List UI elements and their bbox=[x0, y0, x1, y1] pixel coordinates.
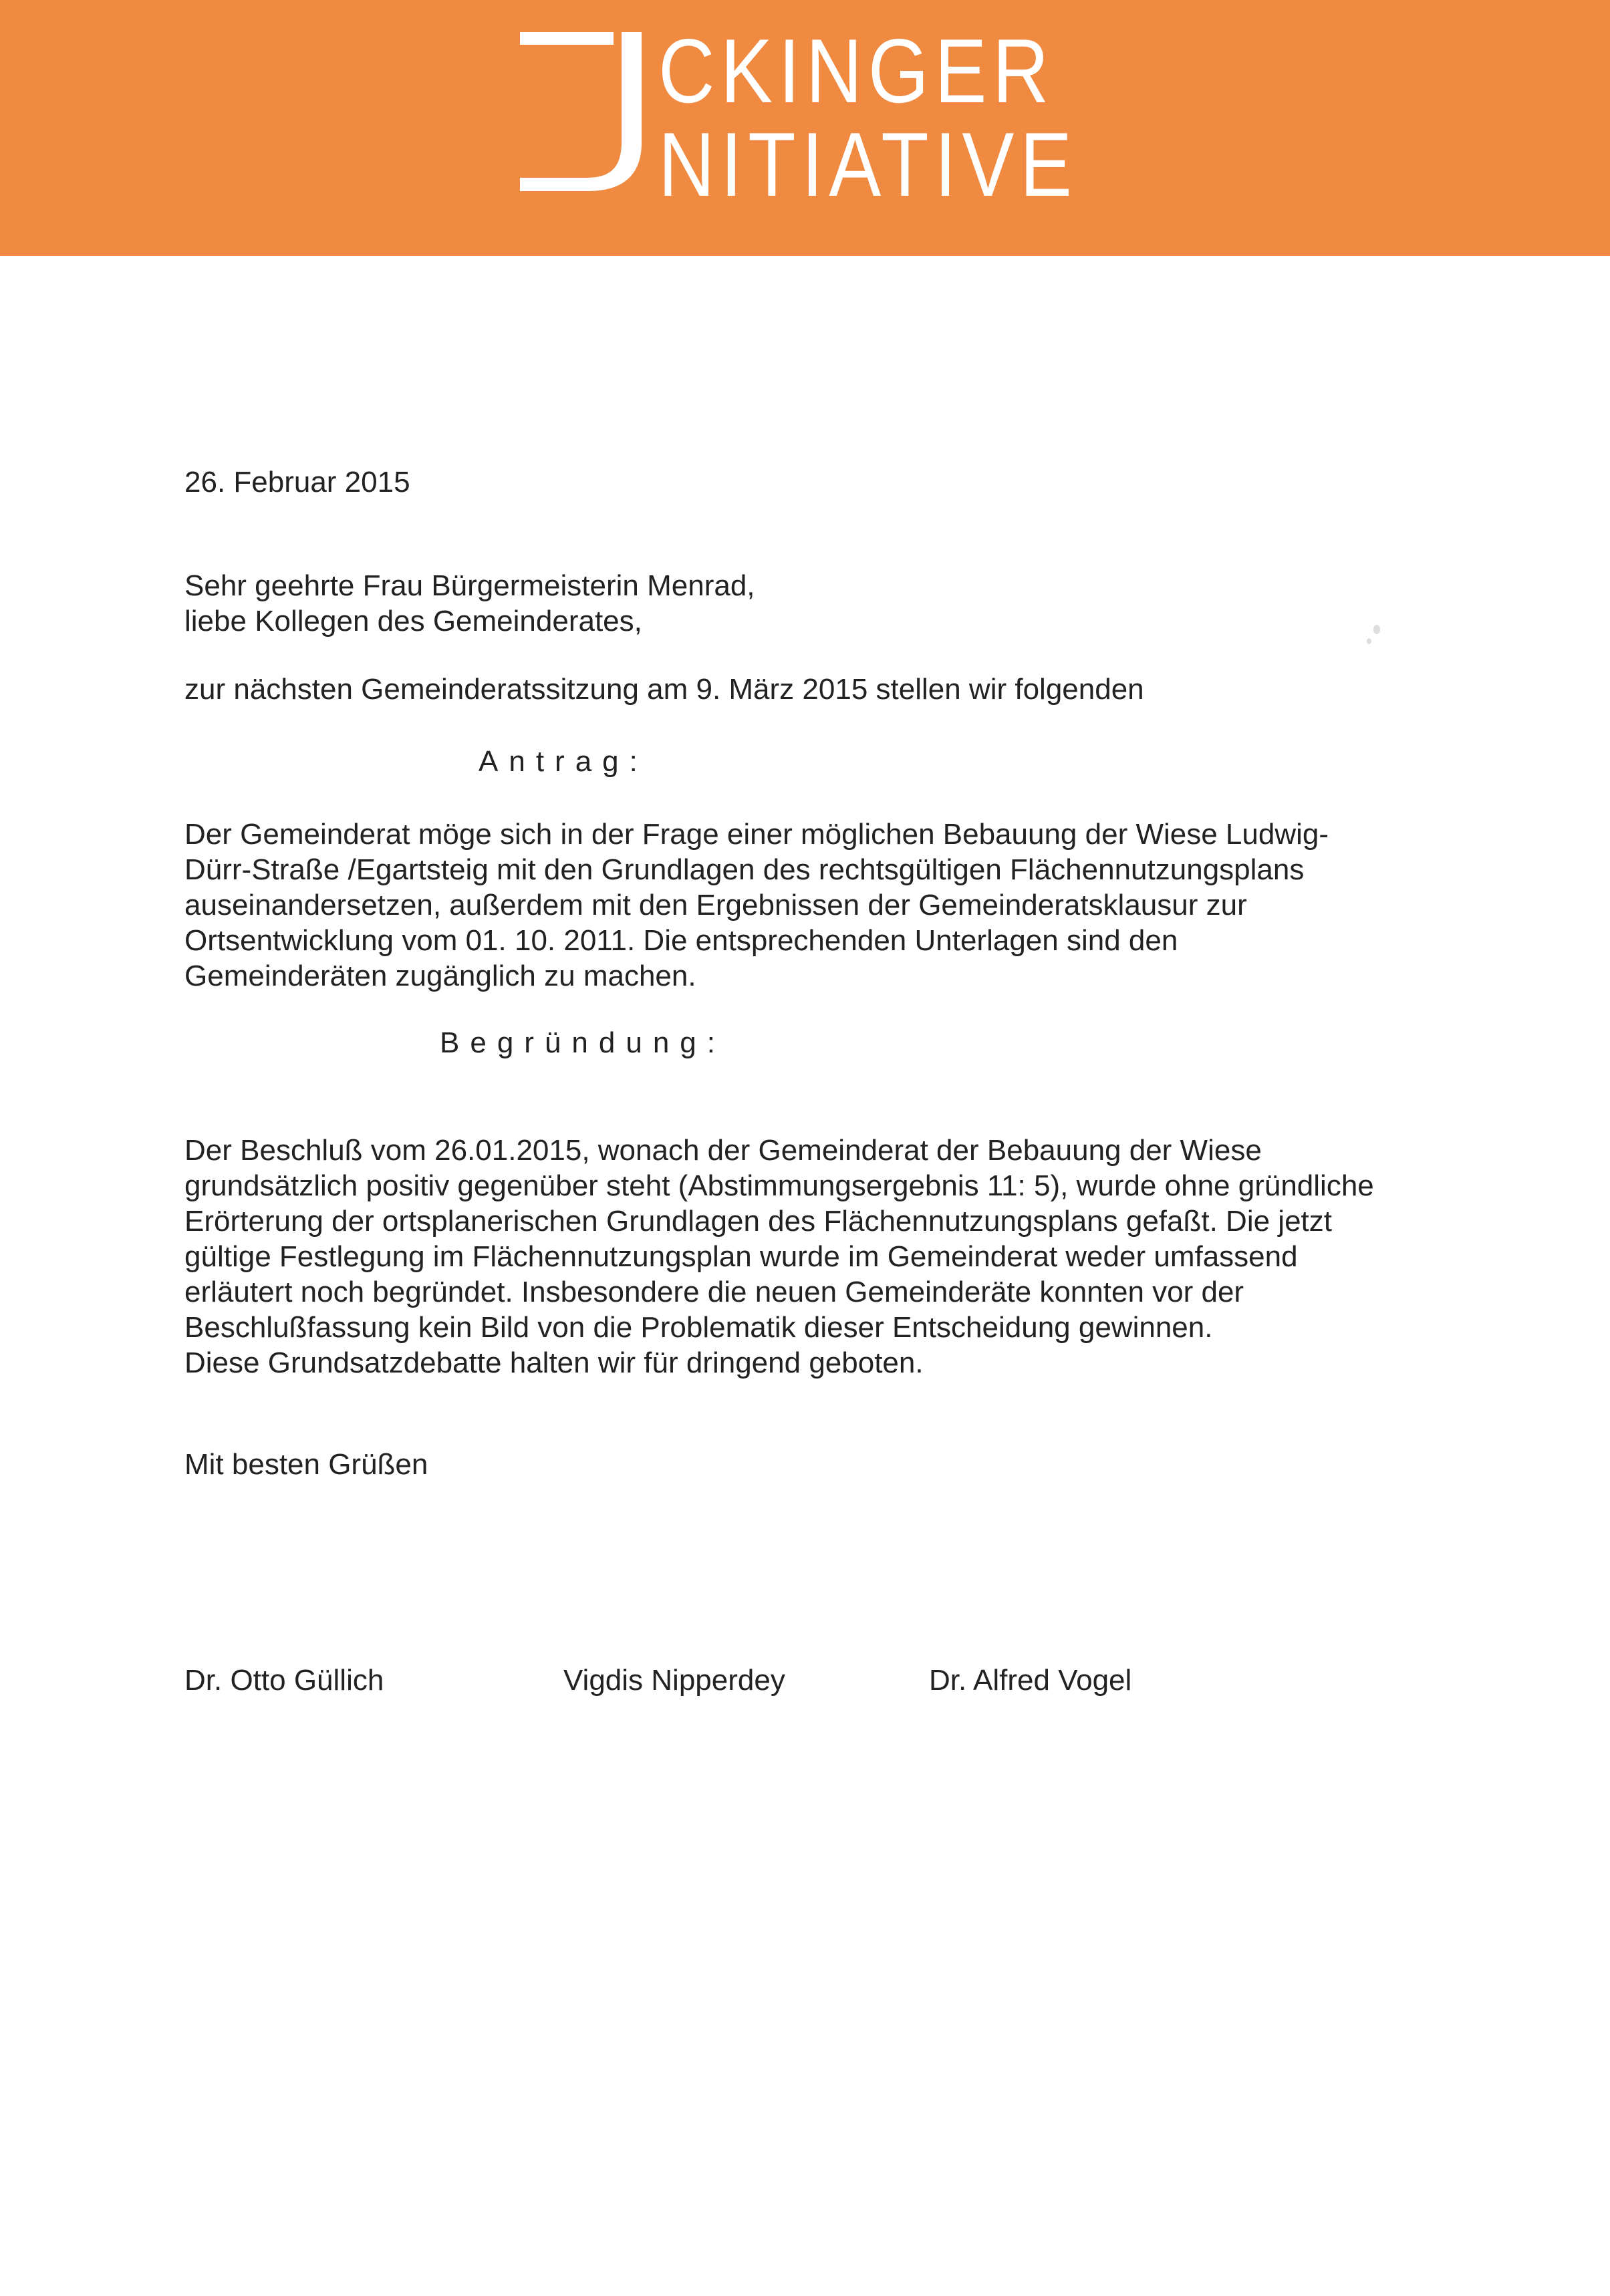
closing: Mit besten Grüßen bbox=[184, 1447, 428, 1482]
begruendung-heading: Begründung: bbox=[440, 1025, 726, 1060]
salutation: Sehr geehrte Frau Bürgermeisterin Menrad… bbox=[184, 568, 755, 639]
salutation-line: Sehr geehrte Frau Bürgermeisterin Menrad… bbox=[184, 568, 755, 603]
letter-date: 26. Februar 2015 bbox=[184, 464, 410, 500]
paragraph-line: Beschlußfassung kein Bild von die Proble… bbox=[184, 1310, 1374, 1345]
paragraph-line: auseinandersetzen, außerdem mit den Erge… bbox=[184, 887, 1329, 923]
signatory-name: Dr. Alfred Vogel bbox=[929, 1663, 1131, 1698]
scan-speck bbox=[1367, 638, 1371, 644]
salutation-line: liebe Kollegen des Gemeinderates, bbox=[184, 603, 755, 639]
paragraph-line: Dürr-Straße /Egartsteig mit den Grundlag… bbox=[184, 852, 1329, 887]
paragraph-line: Gemeinderäten zugänglich zu machen. bbox=[184, 958, 1329, 994]
signatory-name: Dr. Otto Güllich bbox=[184, 1663, 384, 1698]
paragraph-line: Der Beschluß vom 26.01.2015, wonach der … bbox=[184, 1133, 1374, 1168]
paragraph-line: grundsätzlich positiv gegenüber steht (A… bbox=[184, 1168, 1374, 1203]
logo-text-line-1: CKINGER bbox=[658, 25, 1055, 116]
paragraph-line: erläutert noch begründet. Insbesondere d… bbox=[184, 1274, 1374, 1310]
paragraph-line: gültige Festlegung im Flächennutzungspla… bbox=[184, 1239, 1374, 1274]
paragraph-line: Diese Grundsatzdebatte halten wir für dr… bbox=[184, 1345, 1374, 1381]
paragraph-line: Ortsentwicklung vom 01. 10. 2011. Die en… bbox=[184, 923, 1329, 958]
antrag-paragraph: Der Gemeinderat möge sich in der Frage e… bbox=[184, 817, 1329, 994]
letterhead-banner: CKINGER NITIATIVE bbox=[0, 0, 1610, 256]
intro-sentence: zur nächsten Gemeinderatssitzung am 9. M… bbox=[184, 672, 1144, 707]
logo-text-line-2: NITIATIVE bbox=[658, 119, 1078, 210]
begruendung-paragraph: Der Beschluß vom 26.01.2015, wonach der … bbox=[184, 1133, 1374, 1381]
j-shape-logo-icon bbox=[515, 29, 648, 196]
scan-speck bbox=[1373, 625, 1380, 634]
antrag-heading: Antrag: bbox=[479, 744, 648, 779]
signatory-name: Vigdis Nipperdey bbox=[563, 1663, 785, 1698]
paragraph-line: Der Gemeinderat möge sich in der Frage e… bbox=[184, 817, 1329, 852]
paragraph-line: Erörterung der ortsplanerischen Grundlag… bbox=[184, 1203, 1374, 1239]
